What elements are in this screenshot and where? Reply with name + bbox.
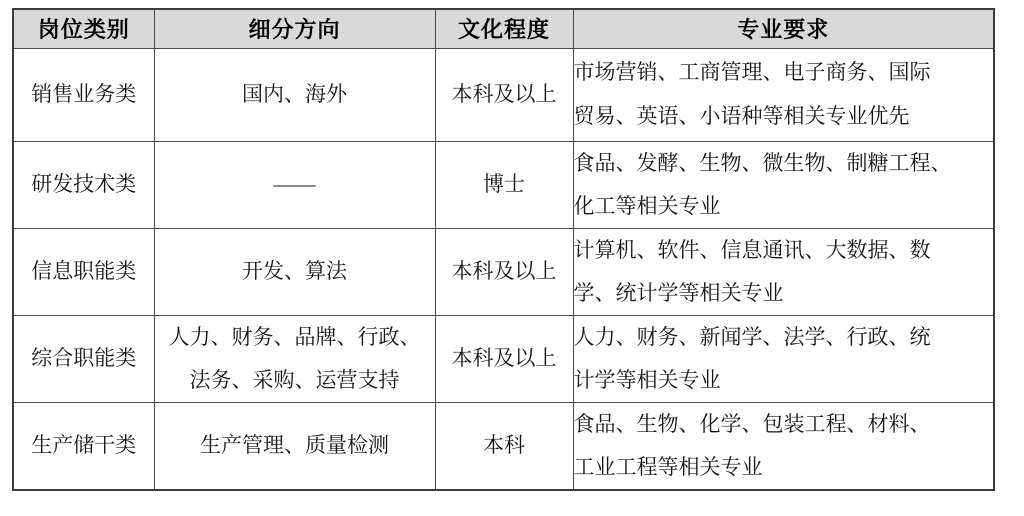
header-row: 岗位类别 细分方向 文化程度 专业要求	[13, 9, 994, 48]
cell-education: 本科及以上	[435, 315, 573, 402]
cell-education: 博士	[435, 141, 573, 228]
job-requirements-table-container: 岗位类别 细分方向 文化程度 专业要求 销售业务类 国内、海外 本科及以上 市场…	[12, 8, 995, 491]
table-row: 生产储干类 生产管理、质量检测 本科 食品、生物、化学、包装工程、材料、 工业工…	[13, 402, 994, 490]
cell-direction: 国内、海外	[154, 48, 435, 141]
cell-category: 信息职能类	[13, 228, 154, 315]
cell-education: 本科及以上	[435, 228, 573, 315]
table-row: 综合职能类 人力、财务、品牌、行政、 法务、采购、运营支持 本科及以上 人力、财…	[13, 315, 994, 402]
header-cell-category: 岗位类别	[13, 9, 154, 48]
cell-category: 销售业务类	[13, 48, 154, 141]
table-row: 销售业务类 国内、海外 本科及以上 市场营销、工商管理、电子商务、国际 贸易、英…	[13, 48, 994, 141]
cell-major: 计算机、软件、信息通讯、大数据、数 学、统计学等相关专业	[573, 228, 994, 315]
header-cell-direction: 细分方向	[154, 9, 435, 48]
job-requirements-table: 岗位类别 细分方向 文化程度 专业要求 销售业务类 国内、海外 本科及以上 市场…	[12, 8, 995, 491]
header-cell-education: 文化程度	[435, 9, 573, 48]
table-row: 研发技术类 —— 博士 食品、发酵、生物、微生物、制糖工程、 化工等相关专业	[13, 141, 994, 228]
cell-category: 综合职能类	[13, 315, 154, 402]
cell-major: 食品、发酵、生物、微生物、制糖工程、 化工等相关专业	[573, 141, 994, 228]
cell-direction: 开发、算法	[154, 228, 435, 315]
cell-major: 食品、生物、化学、包装工程、材料、 工业工程等相关专业	[573, 402, 994, 490]
cell-direction: 生产管理、质量检测	[154, 402, 435, 490]
cell-direction: 人力、财务、品牌、行政、 法务、采购、运营支持	[154, 315, 435, 402]
cell-category: 生产储干类	[13, 402, 154, 490]
cell-education: 本科及以上	[435, 48, 573, 141]
cell-major: 人力、财务、新闻学、法学、行政、统 计学等相关专业	[573, 315, 994, 402]
header-cell-major: 专业要求	[573, 9, 994, 48]
cell-category: 研发技术类	[13, 141, 154, 228]
cell-education: 本科	[435, 402, 573, 490]
table-row: 信息职能类 开发、算法 本科及以上 计算机、软件、信息通讯、大数据、数 学、统计…	[13, 228, 994, 315]
cell-major: 市场营销、工商管理、电子商务、国际 贸易、英语、小语种等相关专业优先	[573, 48, 994, 141]
cell-direction: ——	[154, 141, 435, 228]
